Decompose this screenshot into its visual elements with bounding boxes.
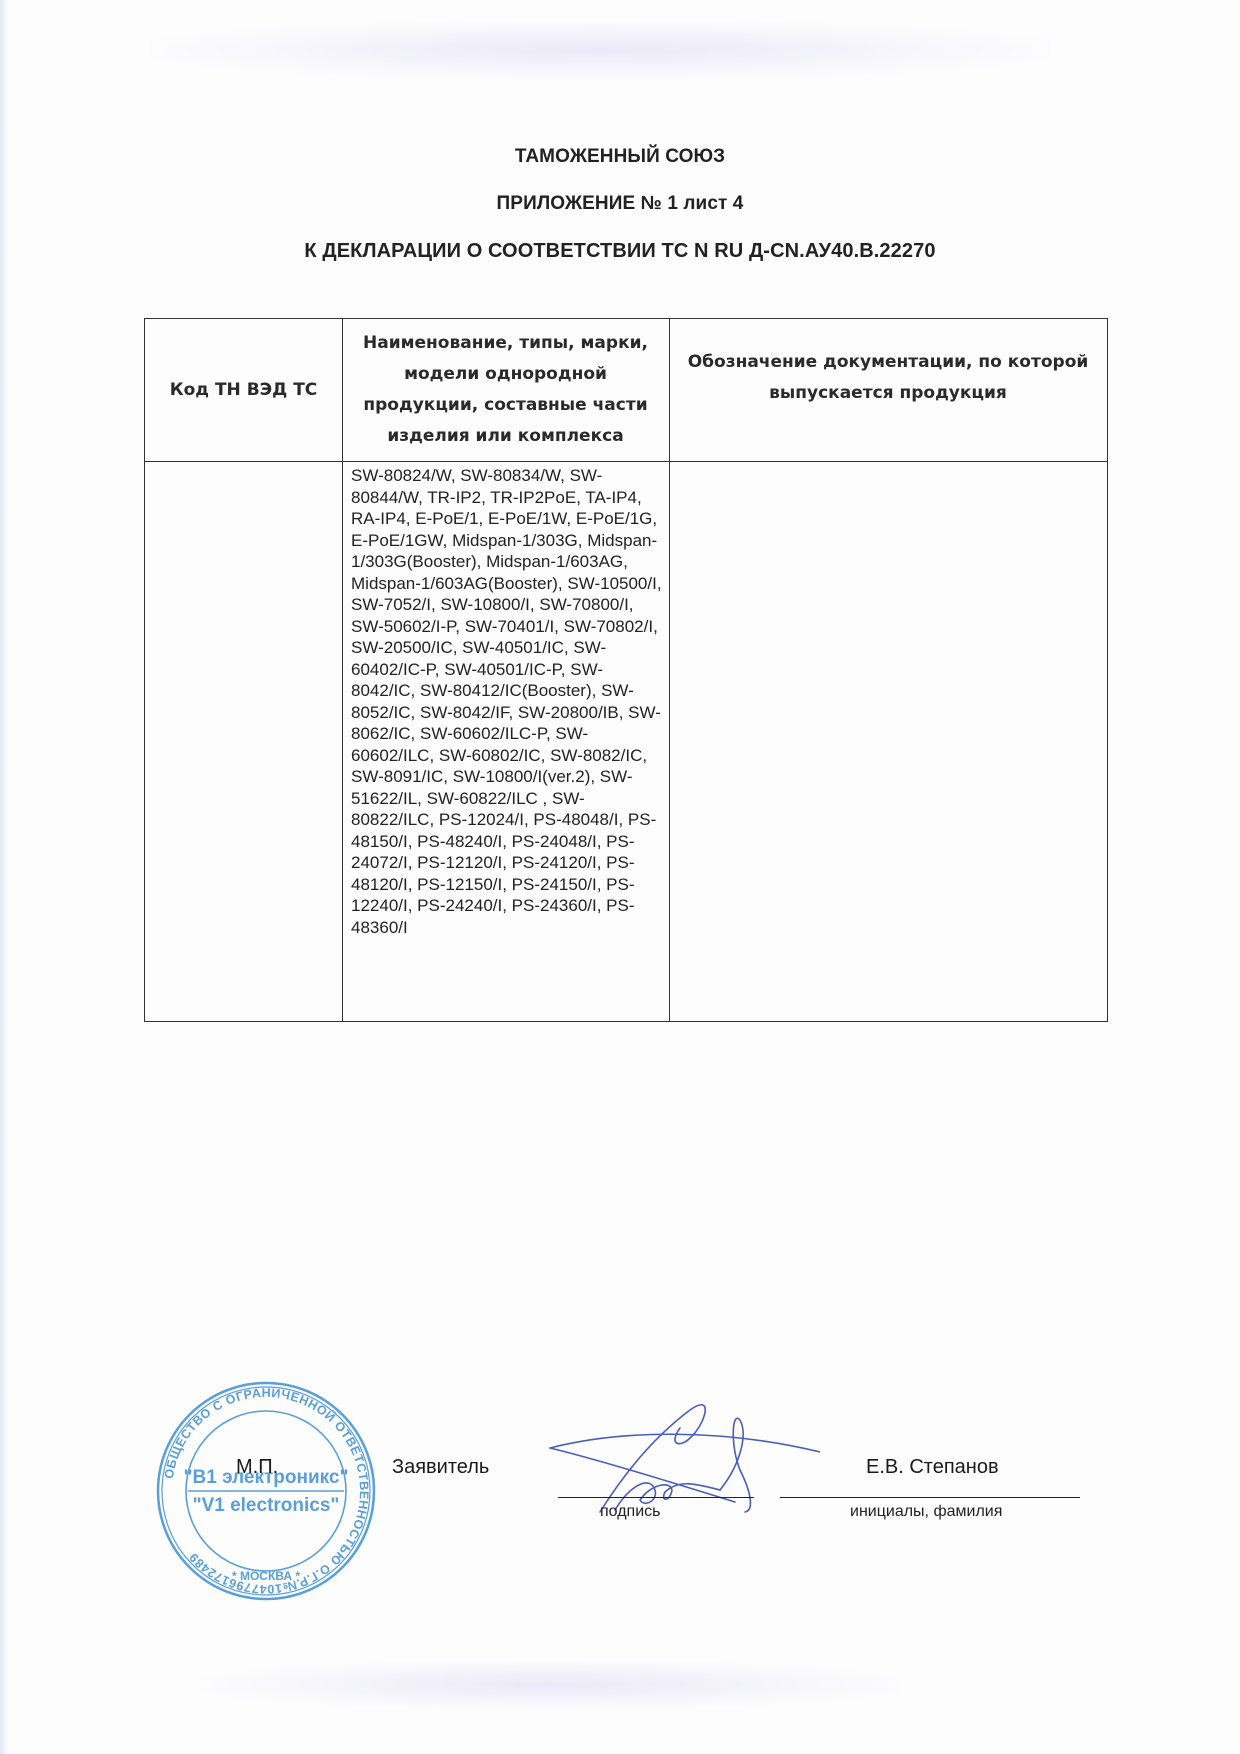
column-header-documentation: Обозначение документации, по которой вып…	[669, 319, 1107, 461]
signature-scribble	[540, 1390, 820, 1520]
scan-edge-artifact	[0, 0, 8, 1754]
svg-text:"V1 electronics": "V1 electronics"	[193, 1495, 340, 1516]
name-caption: инициалы, фамилия	[850, 1503, 1002, 1521]
signer-name: Е.В. Степанов	[866, 1456, 999, 1479]
svg-text:* МОСКВА *: * МОСКВА *	[232, 1569, 300, 1583]
doc-title-union: ТАМОЖЕННЫЙ СОЮЗ	[0, 146, 1240, 168]
scan-artifact-bottom	[200, 1660, 900, 1710]
doc-title-declaration: К ДЕКЛАРАЦИИ О СООТВЕТСТВИИ ТС N RU Д-CN…	[0, 240, 1240, 263]
scan-artifact-top	[150, 20, 1050, 80]
company-stamp: ОБЩЕСТВО С ОГРАНИЧЕННОЙ ОТВЕТСТВЕННОСТЬЮ…	[155, 1380, 377, 1602]
name-line	[780, 1497, 1080, 1498]
doc-title-appendix: ПРИЛОЖЕНИЕ № 1 лист 4	[0, 193, 1240, 215]
header-divider	[145, 461, 1107, 462]
seal-label: М.П.	[236, 1456, 278, 1479]
products-cell: SW-80824/W, SW-80834/W, SW-80844/W, TR-I…	[351, 465, 663, 938]
signature-line	[558, 1497, 754, 1498]
column-header-code: Код ТН ВЭД ТС	[145, 319, 342, 461]
products-table: Код ТН ВЭД ТС Наименование, типы, марки,…	[144, 318, 1108, 1022]
signature-caption: подпись	[600, 1503, 660, 1521]
applicant-label: Заявитель	[392, 1456, 489, 1479]
column-header-products: Наименование, типы, марки, модели одноро…	[342, 319, 669, 461]
